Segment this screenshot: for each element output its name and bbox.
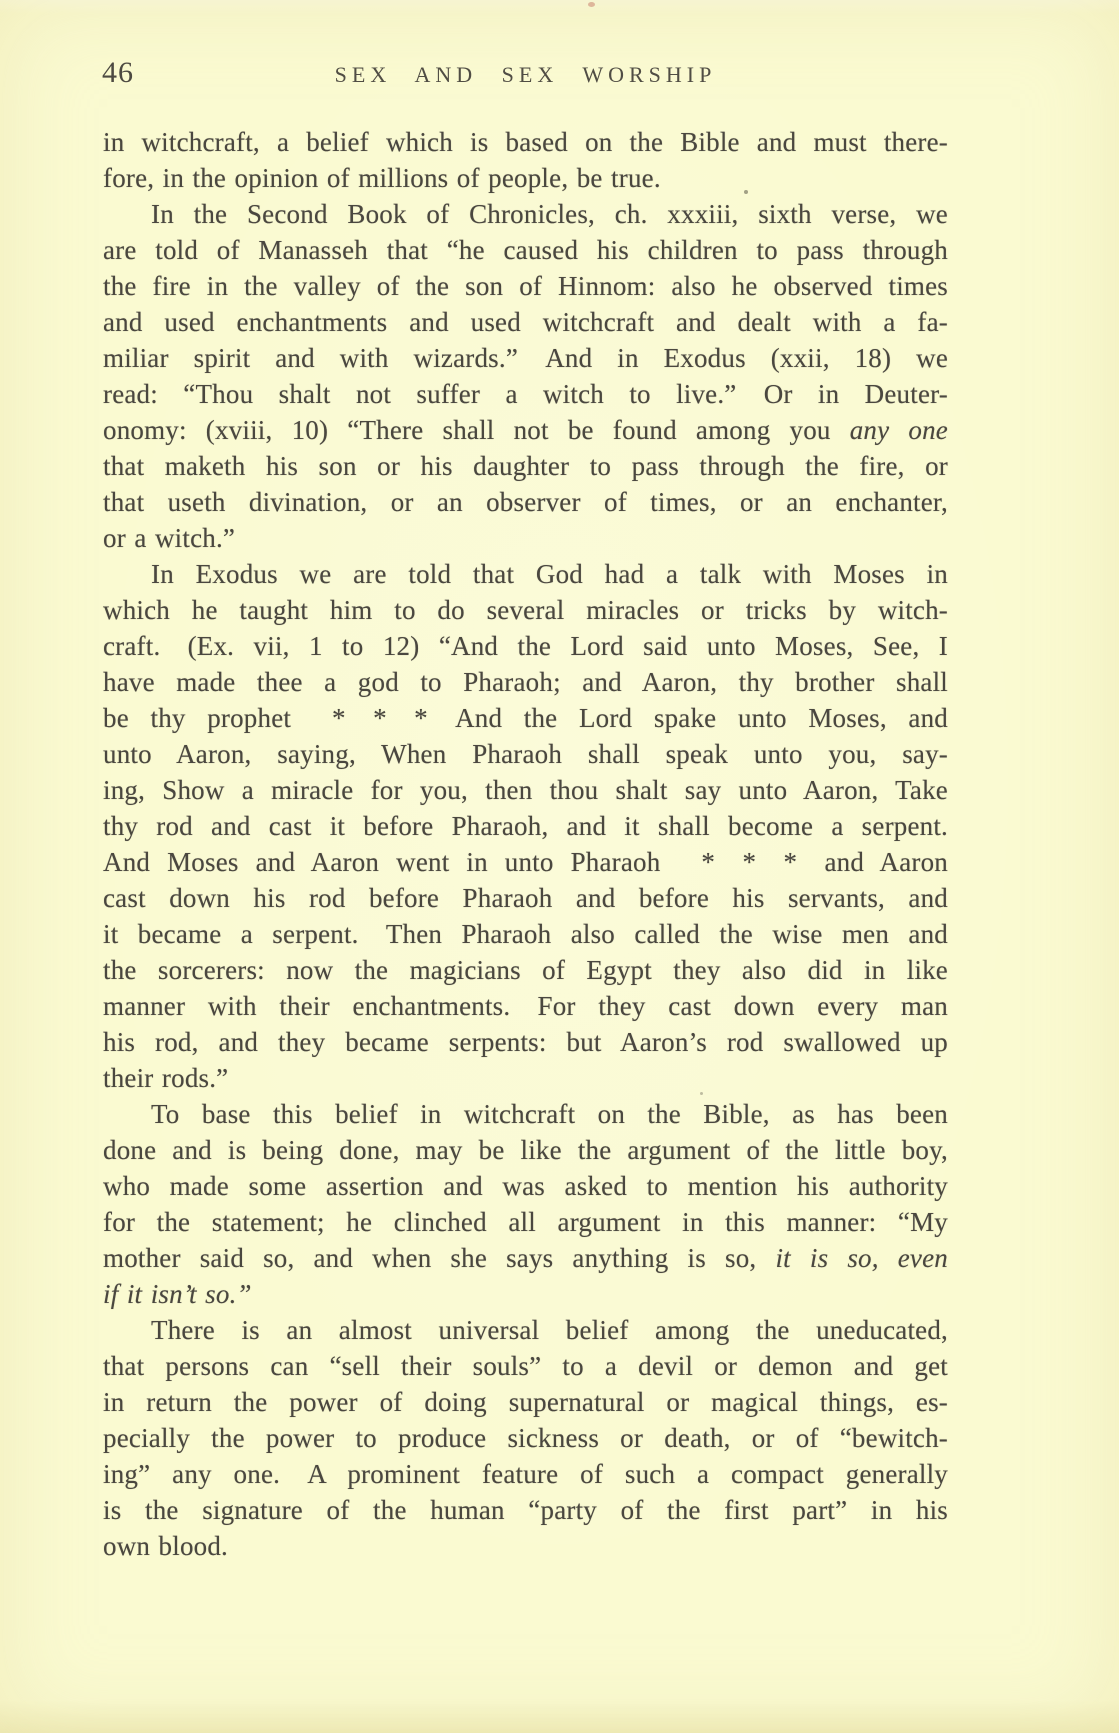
italic-text-run: if it isn’t so.” <box>103 1279 252 1309</box>
text-run: or a witch.” <box>103 523 235 553</box>
paragraph: In the Second Book of Chronicles, ch. xx… <box>103 196 948 556</box>
text-line: pecially the power to produce sickness o… <box>103 1420 948 1456</box>
italic-text-run: it is so, even <box>775 1243 948 1273</box>
text-run: And Moses and Aaron went in unto Pharaoh… <box>103 847 948 877</box>
text-run: the sorcerers: now the magicians of Egyp… <box>103 955 948 985</box>
text-run: To base this belief in witchcraft on the… <box>151 1099 948 1129</box>
text-run: mother said so, and when she says anythi… <box>103 1243 775 1273</box>
text-run: cast down his rod before Pharaoh and bef… <box>103 883 948 913</box>
text-line: have made thee a god to Pharaoh; and Aar… <box>103 664 948 700</box>
text-run: in witchcraft, a belief which is based o… <box>103 127 948 157</box>
text-run: be thy prophet * * * And the Lord spake … <box>103 703 948 733</box>
text-run: the fire in the valley of the son of Hin… <box>103 271 948 301</box>
text-run: in return the power of doing supernatura… <box>103 1387 948 1417</box>
text-run: is the signature of the human “party of … <box>103 1495 948 1525</box>
text-line: ing, Show a miracle for you, then thou s… <box>103 772 948 808</box>
page-body: in witchcraft, a belief which is based o… <box>103 124 948 1564</box>
text-line: read: “Thou shalt not suffer a witch to … <box>103 376 948 412</box>
text-run: miliar spirit and with wizards.” And in … <box>103 343 948 373</box>
text-run: their rods.” <box>103 1063 228 1093</box>
text-line: that maketh his son or his daughter to p… <box>103 448 948 484</box>
text-run: have made thee a god to Pharaoh; and Aar… <box>103 667 948 697</box>
running-header-title: SEX AND SEX WORSHIP <box>103 62 948 88</box>
text-run: ing, Show a miracle for you, then thou s… <box>103 775 948 805</box>
text-line: the fire in the valley of the son of Hin… <box>103 268 948 304</box>
text-line: if it isn’t so.” <box>103 1276 948 1312</box>
text-run: and used enchantments and used witchcraf… <box>103 307 948 337</box>
text-line: and used enchantments and used witchcraf… <box>103 304 948 340</box>
text-line: that useth divination, or an observer of… <box>103 484 948 520</box>
paragraph: To base this belief in witchcraft on the… <box>103 1096 948 1312</box>
text-run: fore, in the opinion of millions of peop… <box>103 163 661 193</box>
text-line: is the signature of the human “party of … <box>103 1492 948 1528</box>
paragraph: In Exodus we are told that God had a tal… <box>103 556 948 1096</box>
text-line: manner with their enchantments. For they… <box>103 988 948 1024</box>
text-line: thy rod and cast it before Pharaoh, and … <box>103 808 948 844</box>
text-run: ing” any one. A prominent feature of suc… <box>103 1459 948 1489</box>
text-line: In Exodus we are told that God had a tal… <box>103 556 948 592</box>
text-run: that maketh his son or his daughter to p… <box>103 451 948 481</box>
text-run: for the statement; he clinched all argum… <box>103 1207 948 1237</box>
text-run: his rod, and they became serpents: but A… <box>103 1027 948 1057</box>
text-run: it became a serpent. Then Pharaoh also c… <box>103 919 948 949</box>
text-line: in witchcraft, a belief which is based o… <box>103 124 948 160</box>
text-line: their rods.” <box>103 1060 948 1096</box>
text-line: own blood. <box>103 1528 948 1564</box>
text-line: that persons can “sell their souls” to a… <box>103 1348 948 1384</box>
text-line: And Moses and Aaron went in unto Pharaoh… <box>103 844 948 880</box>
text-line: onomy: (xviii, 10) “There shall not be f… <box>103 412 948 448</box>
text-line: it became a serpent. Then Pharaoh also c… <box>103 916 948 952</box>
text-run: are told of Manasseh that “he caused his… <box>103 235 948 265</box>
text-line: in return the power of doing supernatura… <box>103 1384 948 1420</box>
text-run: craft. (Ex. vii, 1 to 12) “And the Lord … <box>103 631 948 661</box>
text-line: miliar spirit and with wizards.” And in … <box>103 340 948 376</box>
text-line: his rod, and they became serpents: but A… <box>103 1024 948 1060</box>
text-line: To base this belief in witchcraft on the… <box>103 1096 948 1132</box>
text-line: which he taught him to do several miracl… <box>103 592 948 628</box>
text-run: own blood. <box>103 1531 228 1561</box>
text-line: who made some assertion and was asked to… <box>103 1168 948 1204</box>
text-run: pecially the power to produce sickness o… <box>103 1423 948 1453</box>
text-line: the sorcerers: now the magicians of Egyp… <box>103 952 948 988</box>
text-line: cast down his rod before Pharaoh and bef… <box>103 880 948 916</box>
text-run: that persons can “sell their souls” to a… <box>103 1351 948 1381</box>
text-run: onomy: (xviii, 10) “There shall not be f… <box>103 415 850 445</box>
text-line: There is an almost universal belief amon… <box>103 1312 948 1348</box>
text-run: which he taught him to do several miracl… <box>103 595 948 625</box>
italic-text-run: any one <box>850 415 948 445</box>
text-run: that useth divination, or an observer of… <box>103 487 948 517</box>
text-line: mother said so, and when she says anythi… <box>103 1240 948 1276</box>
text-line: ing” any one. A prominent feature of suc… <box>103 1456 948 1492</box>
paragraph: There is an almost universal belief amon… <box>103 1312 948 1564</box>
book-page: 46 SEX AND SEX WORSHIP in witchcraft, a … <box>0 0 1119 1733</box>
text-run: done and is being done, may be like the … <box>103 1135 948 1165</box>
scan-speck <box>588 2 595 7</box>
text-line: be thy prophet * * * And the Lord spake … <box>103 700 948 736</box>
text-run: read: “Thou shalt not suffer a witch to … <box>103 379 948 409</box>
text-run: In Exodus we are told that God had a tal… <box>151 559 948 589</box>
text-line: done and is being done, may be like the … <box>103 1132 948 1168</box>
text-run: thy rod and cast it before Pharaoh, and … <box>103 811 948 841</box>
text-run: There is an almost universal belief amon… <box>151 1315 948 1345</box>
text-run: who made some assertion and was asked to… <box>103 1171 948 1201</box>
text-line: In the Second Book of Chronicles, ch. xx… <box>103 196 948 232</box>
text-run: manner with their enchantments. For they… <box>103 991 948 1021</box>
paragraph: in witchcraft, a belief which is based o… <box>103 124 948 196</box>
text-line: or a witch.” <box>103 520 948 556</box>
text-line: craft. (Ex. vii, 1 to 12) “And the Lord … <box>103 628 948 664</box>
text-line: for the statement; he clinched all argum… <box>103 1204 948 1240</box>
text-run: In the Second Book of Chronicles, ch. xx… <box>151 199 948 229</box>
text-line: fore, in the opinion of millions of peop… <box>103 160 948 196</box>
text-run: unto Aaron, saying, When Pharaoh shall s… <box>103 739 948 769</box>
text-line: are told of Manasseh that “he caused his… <box>103 232 948 268</box>
text-line: unto Aaron, saying, When Pharaoh shall s… <box>103 736 948 772</box>
